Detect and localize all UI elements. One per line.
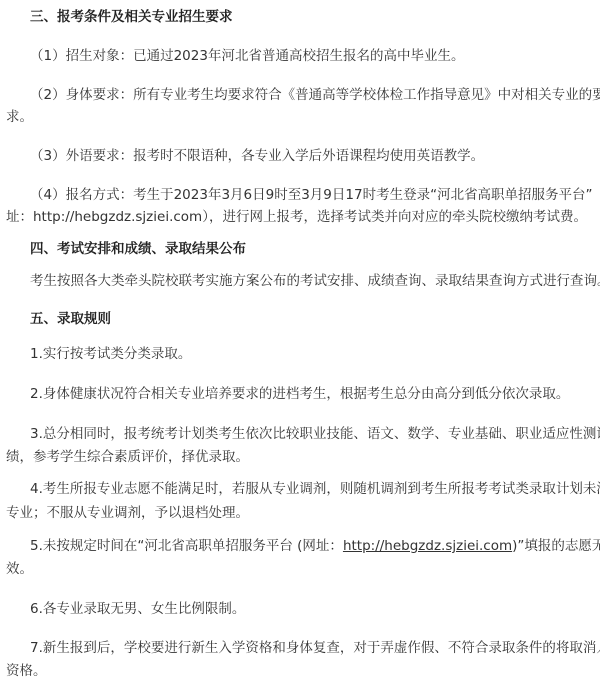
- rule-5-cont: 效。: [0, 558, 600, 580]
- rule-1: 1.实行按考试类分类录取。: [0, 343, 600, 365]
- document: 三、报考条件及相关专业招生要求 （1）招生对象：已通过2023年河北省普通高校招…: [0, 0, 600, 683]
- requirement-4: （4）报名方式：考生于2023年3月6日9时至3月9日17时考生登录“河北省高职…: [0, 184, 600, 206]
- requirement-2: （2）身体要求：所有专业考生均要求符合《普通高等学校体检工作指导意见》中对相关专…: [0, 84, 600, 106]
- rule-7-cont: 资格。: [0, 660, 600, 682]
- platform-link[interactable]: http://hebgzdz.sjziei.com: [343, 538, 512, 554]
- section-heading-4: 四、考试安排和成绩、录取结果公布: [0, 238, 600, 260]
- rule-4-cont: 专业；不服从专业调剂，予以退档处理。: [0, 502, 600, 524]
- rule-7: 7.新生报到后，学校要进行新生入学资格和身体复查，对于弄虚作假、不符合录取条件的…: [0, 637, 600, 659]
- rule-5: 5.未按规定时间在“河北省高职单招服务平台 (网址：http://hebgzdz…: [0, 535, 600, 557]
- requirement-4-cont: 址：http://hebgzdz.sjziei.com），进行网上报考，选择考试…: [0, 206, 600, 228]
- rule-3: 3.总分相同时，报考统考计划类考生依次比较职业技能、语文、数学、专业基础、职业适…: [0, 423, 600, 445]
- rule-2: 2.身体健康状况符合相关专业培养要求的进档考生，根据考生总分由高分到低分依次录取…: [0, 383, 600, 405]
- section-heading-3: 三、报考条件及相关专业招生要求: [0, 6, 600, 28]
- rule-5-text-post: )”填报的志愿无: [512, 538, 600, 554]
- rule-6: 6.各专业录取无男、女生比例限制。: [0, 598, 600, 620]
- rule-5-text-pre: 5.未按规定时间在“河北省高职单招服务平台 (网址：: [30, 538, 343, 554]
- section-4-body: 考生按照各大类牵头院校联考实施方案公布的考试安排、成绩查询、录取结果查询方式进行…: [0, 270, 600, 292]
- rule-4: 4.考生所报专业志愿不能满足时，若服从专业调剂，则随机调剂到考生所报考考试类录取…: [0, 478, 600, 500]
- requirement-3: （3）外语要求：报考时不限语种，各专业入学后外语课程均使用英语教学。: [0, 145, 600, 167]
- requirement-1: （1）招生对象：已通过2023年河北省普通高校招生报名的高中毕业生。: [0, 45, 600, 67]
- rule-3-cont: 绩，参考学生综合素质评价，择优录取。: [0, 446, 600, 468]
- section-heading-5: 五、录取规则: [0, 308, 600, 330]
- requirement-2-cont: 求。: [0, 106, 600, 128]
